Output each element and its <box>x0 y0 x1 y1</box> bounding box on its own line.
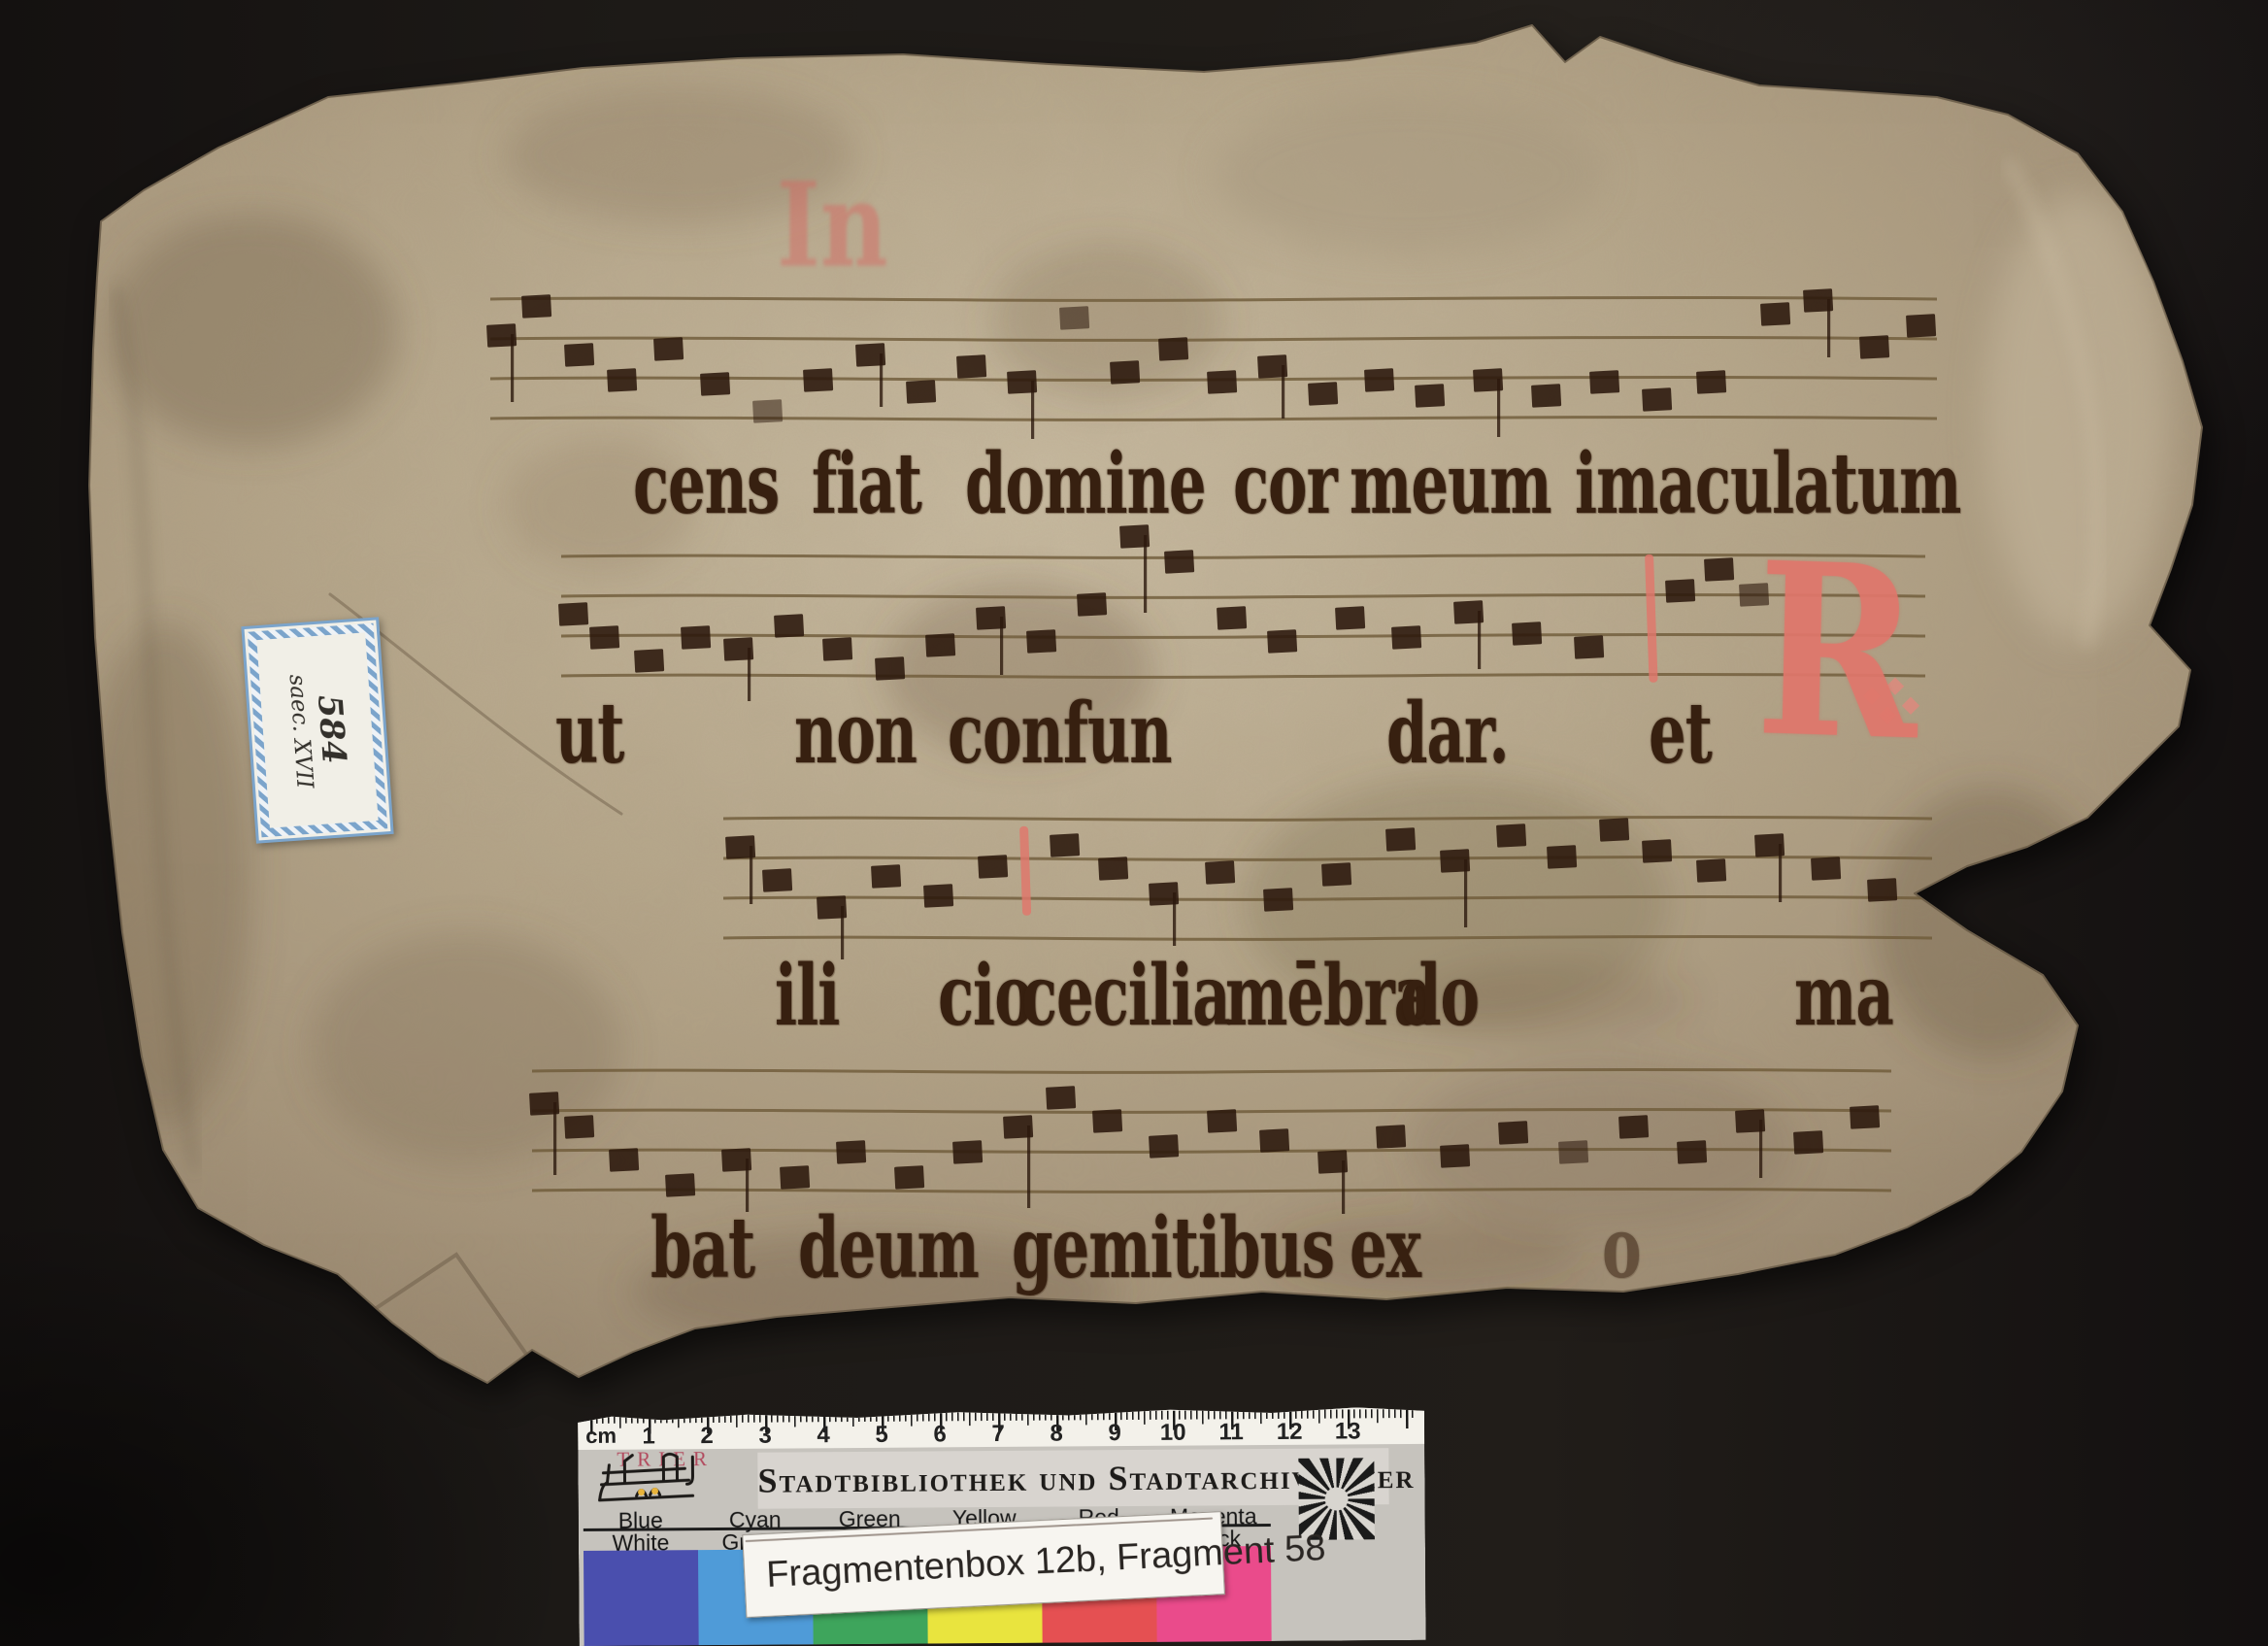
neume-note <box>836 1140 866 1164</box>
ruler-tick <box>1208 1410 1210 1419</box>
neume-note <box>589 625 619 650</box>
ruler-tick <box>981 1412 983 1421</box>
neume-note <box>1110 360 1140 385</box>
neume-note <box>780 1165 810 1190</box>
neume-note <box>822 637 852 661</box>
neume-stem <box>1759 1120 1762 1178</box>
ruler-tick <box>1138 1411 1140 1420</box>
ruler-tick <box>975 1412 977 1421</box>
photograph-stage: In censfiatdominecormeumimaculatumutnonc… <box>0 0 2268 1646</box>
neume-note <box>1547 845 1577 869</box>
ruler-tick <box>753 1414 755 1423</box>
neume-note <box>1092 1109 1122 1133</box>
neume-note <box>752 399 783 423</box>
ruler-number: 9 <box>1108 1422 1121 1445</box>
ruler-tick <box>992 1412 994 1421</box>
ruler-tick <box>1365 1409 1367 1418</box>
neume-note <box>681 625 711 650</box>
ruler-tick <box>1400 1409 1402 1418</box>
chant-line-3: ilicioceciliamēbradoma <box>0 954 2268 1070</box>
neume-note <box>1496 823 1526 848</box>
neume-note <box>1259 1128 1289 1153</box>
ruler-tick <box>1307 1410 1309 1419</box>
chant-word: dar. <box>1386 691 1509 775</box>
neume-note <box>1618 1115 1649 1139</box>
ruler-tick <box>1359 1409 1361 1418</box>
shelfmark-sticker: 584 saec. XVII <box>241 617 393 843</box>
chant-word: cecilia <box>1021 954 1230 1037</box>
ruler-number: 3 <box>758 1425 772 1448</box>
neume-note <box>700 372 730 396</box>
ruler-number: 4 <box>817 1424 830 1447</box>
ruler-tick <box>1336 1410 1338 1419</box>
ruler-tick <box>951 1412 953 1421</box>
chant-word: bat <box>650 1206 754 1290</box>
neume-note <box>1642 387 1672 412</box>
chant-word: confun <box>948 691 1172 775</box>
ruler-tick <box>946 1412 948 1421</box>
ruler-number: 6 <box>933 1423 947 1446</box>
neume-stem <box>1827 299 1830 357</box>
ruler-tick <box>1353 1409 1355 1418</box>
chant-word: ut <box>555 691 623 775</box>
ruler-tick <box>1383 1409 1384 1418</box>
chant-word: fiat <box>812 442 921 525</box>
chant-line-1: censfiatdominecormeumimaculatum <box>0 442 2268 558</box>
neume-note <box>1811 857 1841 881</box>
neume-note <box>1207 370 1237 394</box>
neume-note <box>1046 1086 1076 1110</box>
ruler-tick <box>1324 1410 1326 1419</box>
neume-note <box>564 343 594 367</box>
neume-note <box>1267 629 1297 654</box>
neume-note <box>952 1140 983 1164</box>
institution-title: Stadtbibliothek und Stadtarchiv Trier <box>757 1448 1388 1509</box>
neume-stem <box>1464 859 1467 927</box>
neume-note <box>1026 629 1056 654</box>
neume-note <box>1376 1125 1406 1149</box>
chant-word: do <box>1400 954 1479 1037</box>
chant-word: meum <box>1350 442 1551 525</box>
chant-word: cio <box>938 954 1033 1037</box>
neume-stem <box>1027 1125 1030 1208</box>
neume-note <box>956 354 986 379</box>
neume-note <box>1158 337 1188 361</box>
neume-note <box>1677 1140 1707 1164</box>
neume-note <box>1050 833 1080 857</box>
ruler-number: 10 <box>1160 1422 1186 1445</box>
color-patch-blue <box>584 1550 699 1646</box>
ruler-unit-label: cm <box>585 1426 617 1447</box>
neume-stem <box>1173 892 1176 946</box>
neume-note <box>1642 839 1672 863</box>
neume-note <box>1760 302 1790 326</box>
ruler-tick <box>1196 1411 1198 1420</box>
neume-note <box>1385 827 1416 852</box>
ruler-tick <box>1184 1411 1186 1420</box>
ruler-tick <box>1342 1409 1344 1418</box>
neume-note <box>1308 382 1338 406</box>
neume-note <box>1589 370 1619 394</box>
chant-line-4: batdeumgemitibusexo <box>0 1206 2268 1323</box>
neume-note <box>1558 1140 1588 1164</box>
reference-ruler-card: cm 12345678910111213 TRIER <box>578 1407 1426 1646</box>
ruler-tick <box>1330 1410 1332 1419</box>
neume-note <box>1665 579 1695 603</box>
neume-note <box>1205 860 1235 885</box>
neume-note <box>1867 878 1897 902</box>
neume-note <box>1440 1144 1470 1168</box>
neume-note <box>978 855 1008 879</box>
ruler-tick <box>1301 1410 1303 1419</box>
ruler-tick <box>1126 1411 1128 1420</box>
neume-note <box>1364 368 1394 392</box>
neume-note <box>1599 818 1629 842</box>
neume-note <box>1098 857 1128 881</box>
ruler-number: 8 <box>1050 1423 1063 1446</box>
neume-note <box>906 380 936 404</box>
chant-word: gemitibus <box>1012 1206 1334 1290</box>
ruler-number: 1 <box>642 1425 655 1448</box>
neume-stem <box>1000 617 1003 675</box>
neume-note <box>875 656 905 681</box>
neume-note <box>871 864 901 889</box>
chant-word: deum <box>798 1206 979 1290</box>
chant-word: cens <box>633 442 779 525</box>
ruler-number: 13 <box>1335 1420 1361 1443</box>
neume-note <box>653 337 684 361</box>
chant-word: ex <box>1350 1206 1420 1290</box>
chant-word: cor <box>1233 442 1337 525</box>
neume-note <box>1531 384 1561 408</box>
neume-note <box>1696 858 1726 883</box>
neume-note <box>1704 557 1734 582</box>
neume-note <box>564 1115 594 1139</box>
ruler-tick <box>748 1414 750 1423</box>
chant-word: ili <box>775 954 839 1037</box>
ruler-number: 2 <box>700 1425 714 1448</box>
ruler-tick <box>1161 1411 1163 1420</box>
neume-stem <box>1478 611 1481 669</box>
porta-nigra-logo-icon <box>591 1449 737 1506</box>
neume-note <box>1415 384 1445 408</box>
neume-note <box>774 614 804 638</box>
neume-note <box>1077 592 1107 617</box>
neume-note <box>521 294 551 319</box>
neume-note <box>925 633 955 657</box>
neume-stem <box>553 1102 556 1175</box>
neume-stem <box>750 846 752 904</box>
neume-note <box>665 1173 695 1197</box>
chant-word: o <box>1602 1206 1641 1290</box>
neume-note <box>1391 625 1421 650</box>
neume-stem <box>841 906 844 959</box>
neume-note <box>923 884 953 908</box>
neume-note <box>1263 888 1293 912</box>
neume-note <box>1850 1105 1880 1129</box>
neume-note <box>1498 1121 1528 1145</box>
neume-note <box>803 368 833 392</box>
ruler-number: 12 <box>1277 1421 1303 1444</box>
chant-word: domine <box>965 442 1206 525</box>
ruler-tick <box>1313 1410 1315 1419</box>
neume-note <box>1574 635 1604 659</box>
neume-stem <box>511 334 514 402</box>
neume-stem <box>1779 844 1782 902</box>
neume-note <box>1906 314 1936 338</box>
ruler-tick <box>742 1414 744 1423</box>
ruler-tick <box>963 1412 965 1421</box>
neume-note <box>762 868 792 892</box>
ruler-number: 11 <box>1218 1421 1244 1444</box>
neume-note <box>1696 370 1726 394</box>
ruler-tick <box>1132 1411 1134 1420</box>
neume-note <box>1059 306 1089 330</box>
neume-stem <box>1282 365 1284 419</box>
neume-note <box>1149 1134 1179 1159</box>
neume-note <box>1217 606 1247 630</box>
ruler-tick <box>957 1412 959 1421</box>
ruler-tick <box>1412 1409 1414 1418</box>
neume-stem <box>1031 381 1034 439</box>
ruler-number: 7 <box>991 1423 1005 1446</box>
ruler-tick <box>986 1412 988 1421</box>
neume-note <box>1859 335 1889 359</box>
neume-note <box>1207 1109 1237 1133</box>
neume-note <box>1335 606 1365 630</box>
ruler-tick <box>1214 1410 1216 1419</box>
neume-note <box>634 649 664 673</box>
ruler-tick <box>1167 1411 1169 1420</box>
faded-rubric-initial: In <box>777 167 888 284</box>
chant-word: non <box>794 691 917 775</box>
chant-word: et <box>1649 691 1712 775</box>
ruler-tick <box>1150 1411 1151 1420</box>
neume-stem <box>880 353 883 407</box>
neume-note <box>894 1165 924 1190</box>
neume-note <box>607 368 637 392</box>
neume-note <box>558 602 588 626</box>
ruler-tick <box>1394 1409 1396 1418</box>
ruler-tick <box>1190 1411 1192 1420</box>
ruler-tick <box>1388 1409 1390 1418</box>
neume-note <box>1793 1130 1823 1155</box>
chant-word: ma <box>1794 954 1893 1037</box>
ruler-tick <box>1155 1411 1157 1420</box>
neume-stem <box>1497 379 1500 437</box>
ruler-tick <box>1225 1410 1227 1419</box>
ruler-numbers: cm 12345678910111213 <box>578 1420 1424 1449</box>
shelfmark-handwriting: 584 saec. XVII <box>282 671 352 789</box>
ruler-tick <box>1371 1409 1373 1418</box>
ruler-number: 5 <box>875 1424 888 1447</box>
neume-note <box>1512 621 1542 646</box>
neume-note <box>609 1148 639 1172</box>
ruler-tick <box>1179 1411 1181 1420</box>
neume-note <box>1321 862 1351 887</box>
ruler-tick <box>934 1412 936 1421</box>
red-initial-letter: R <box>1754 532 1920 774</box>
ruler-tick <box>1219 1410 1221 1419</box>
